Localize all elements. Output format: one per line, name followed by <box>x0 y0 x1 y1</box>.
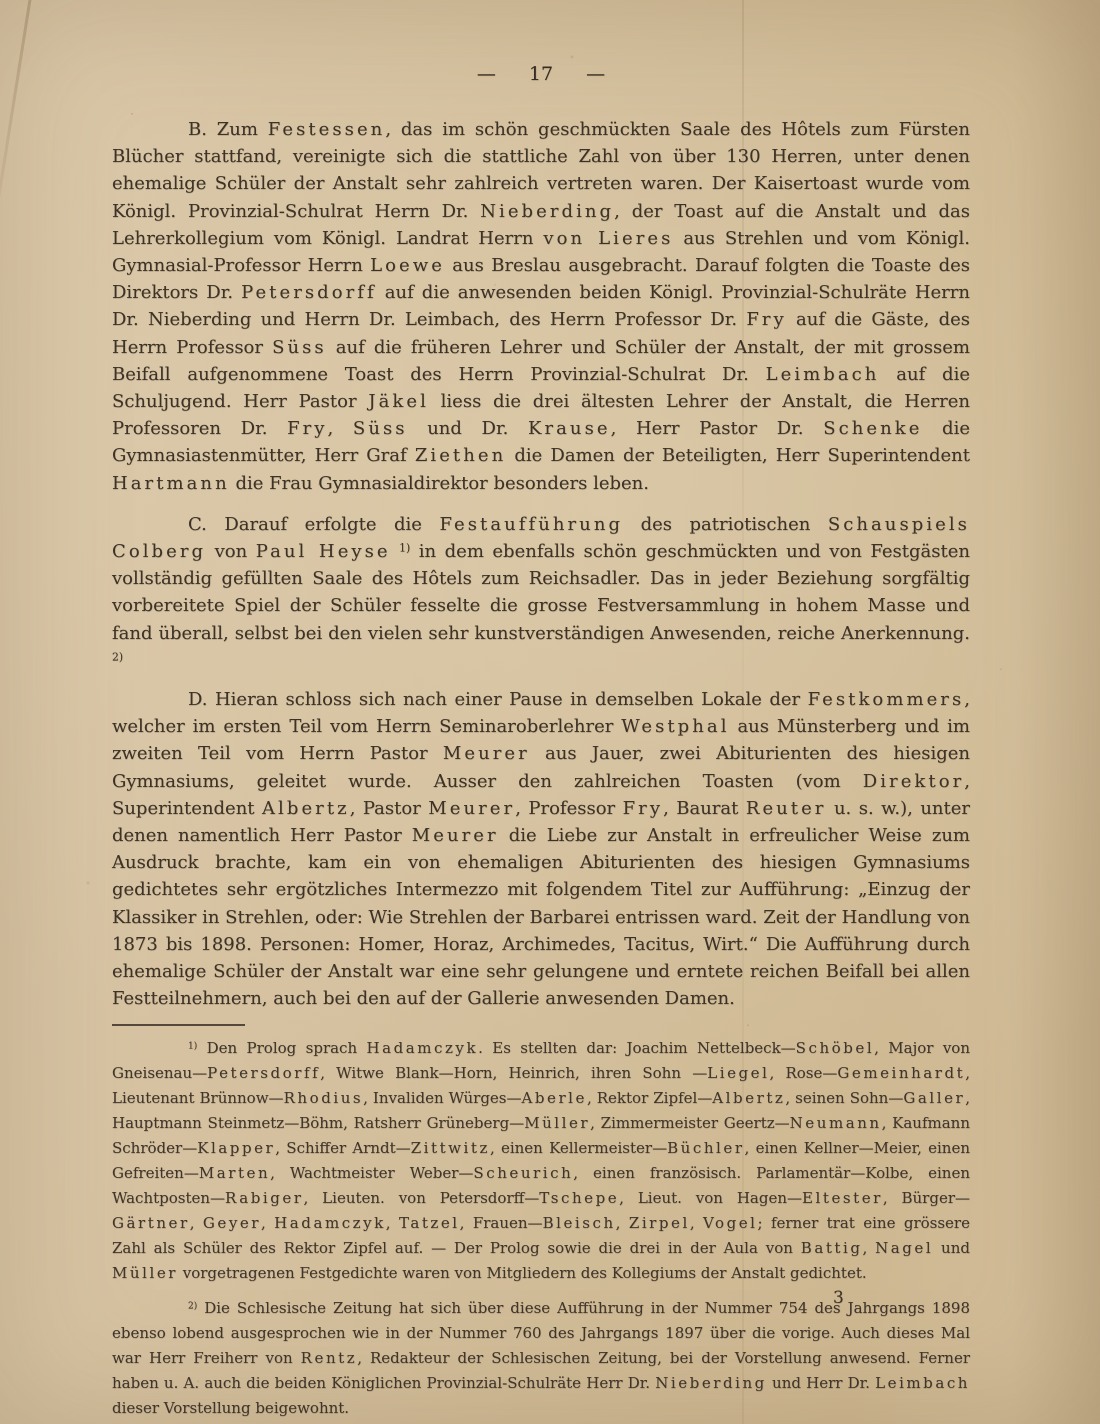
page-number-header: — 17 — <box>112 62 970 86</box>
sheet-signature-number: 3 <box>833 1288 844 1308</box>
paragraph-b-festessen: B. Zum Festessen, das im schön geschmück… <box>112 116 970 497</box>
footnote-2: 2) Die Schlesische Zeitung hat sich über… <box>112 1296 970 1421</box>
text-column: — 17 — B. Zum Festessen, das im schön ge… <box>112 62 970 1421</box>
footnote-1: 1) Den Prolog sprach Hadamczyk. Es stell… <box>112 1036 970 1286</box>
scanned-book-page: — 17 — B. Zum Festessen, das im schön ge… <box>0 0 1100 1424</box>
footnote-separator-rule <box>112 1024 245 1026</box>
paragraph-d-festkommers: D. Hieran schloss sich nach einer Pause … <box>112 686 970 1012</box>
paragraph-c-festauffuehrung: C. Darauf erfolgte die Festaufführung de… <box>112 511 970 674</box>
paper-crease <box>0 0 33 267</box>
